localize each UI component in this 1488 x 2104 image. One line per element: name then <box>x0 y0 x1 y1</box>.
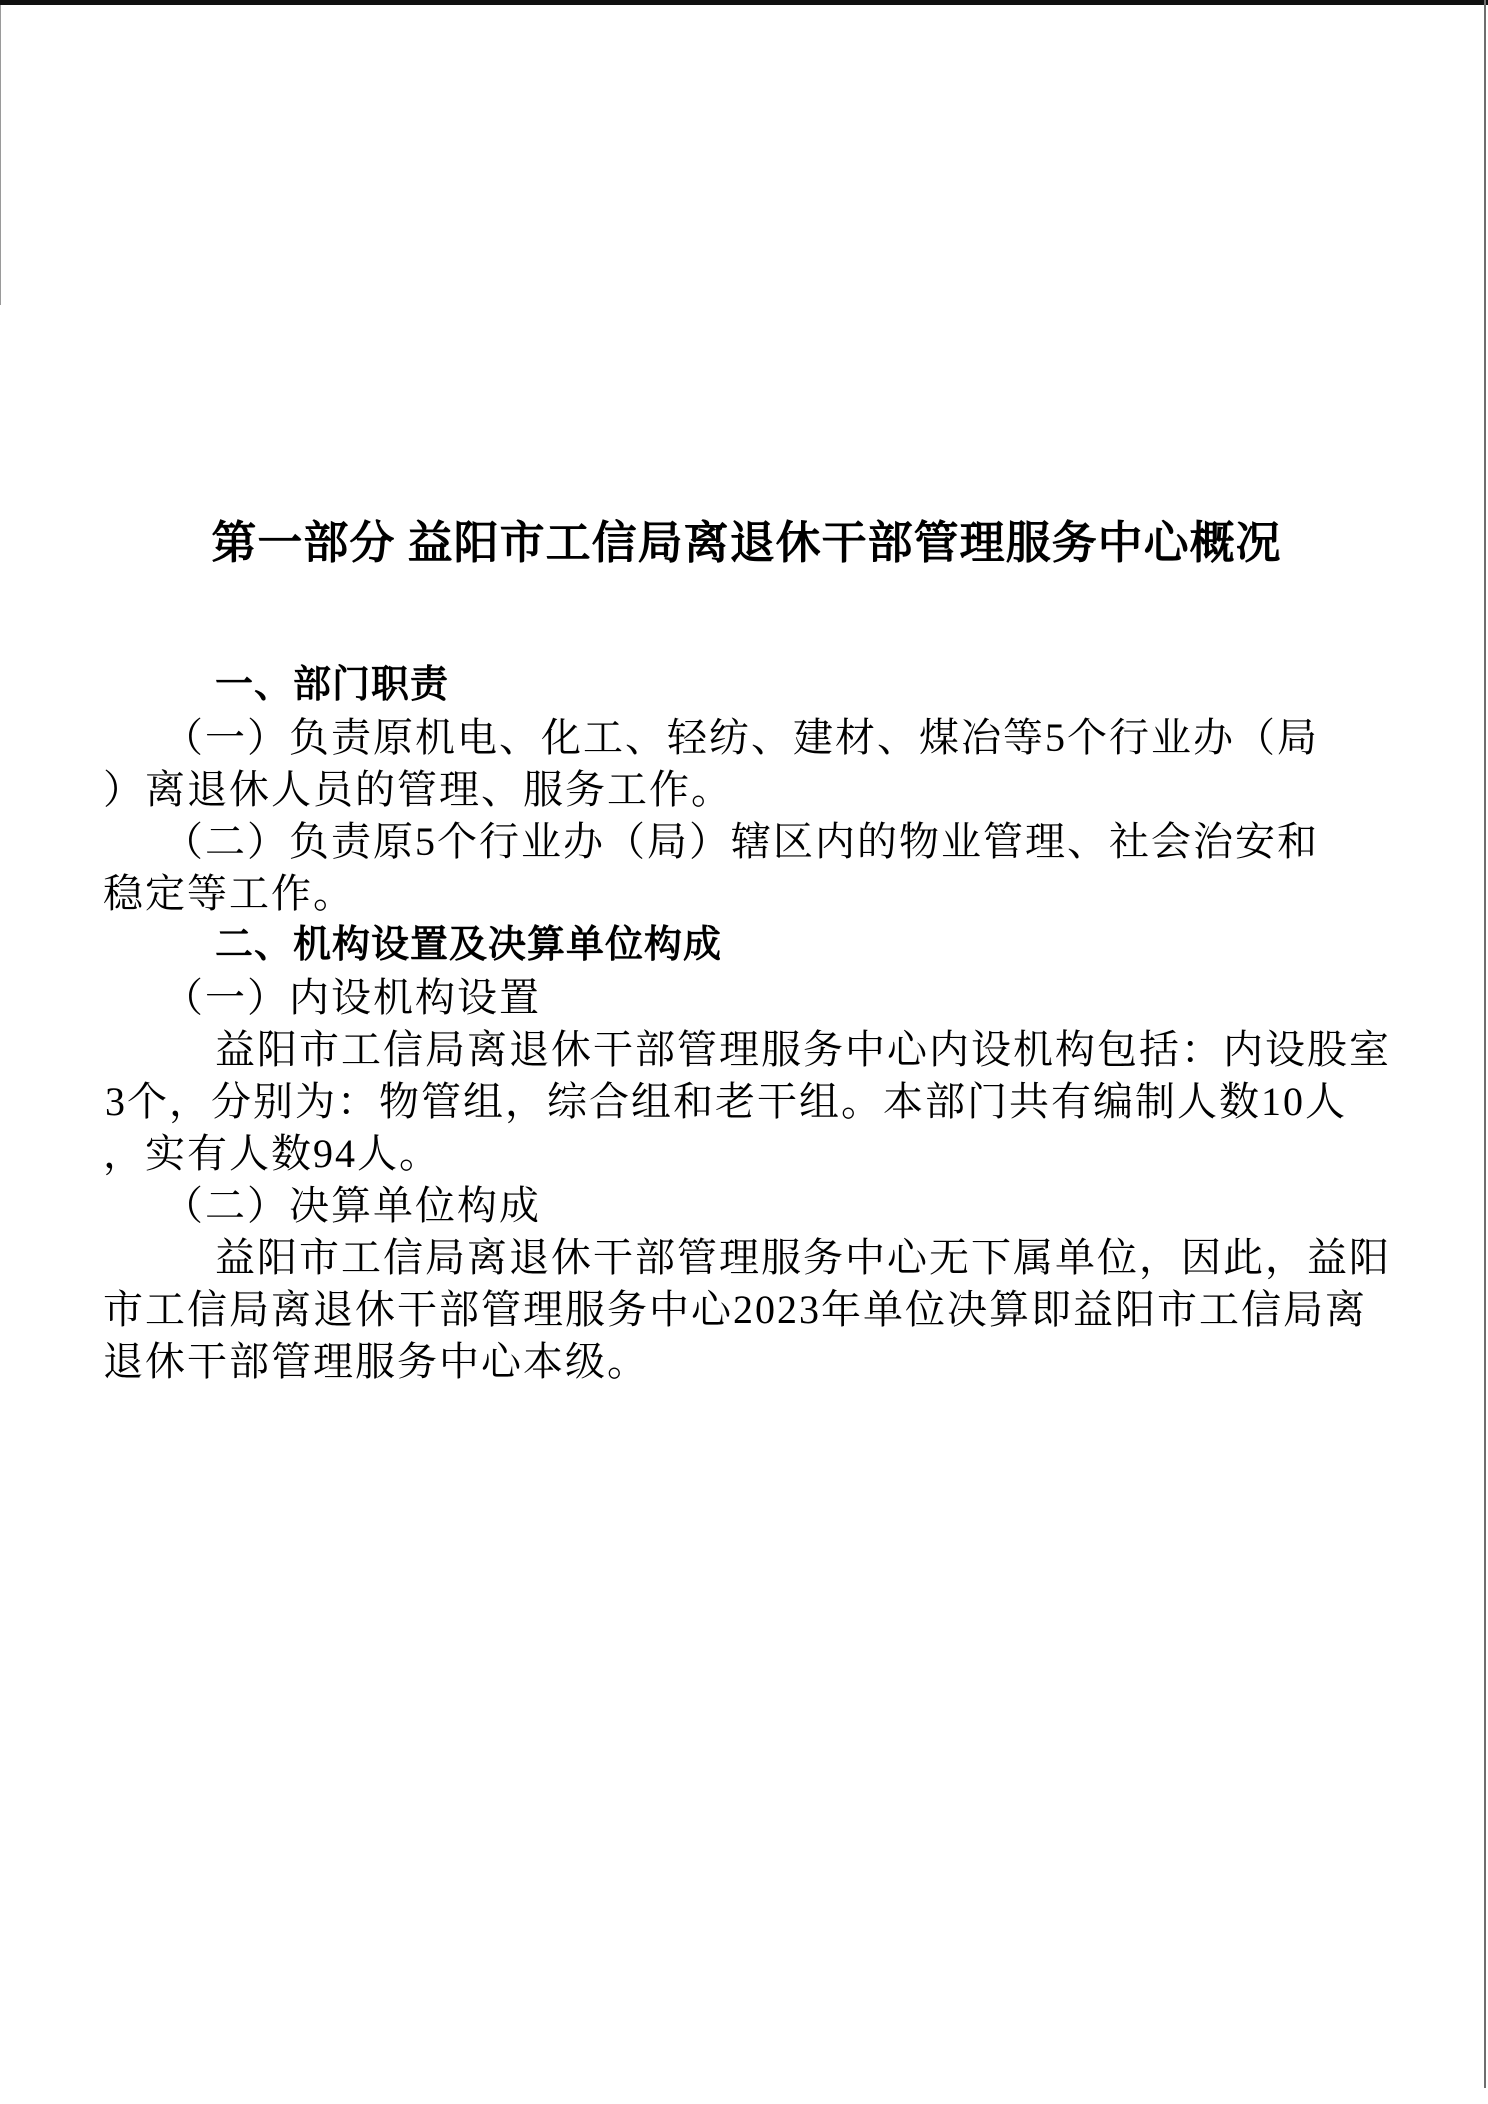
scan-edge-left <box>0 5 1 305</box>
body-line: （二）决算单位构成 <box>163 1186 541 1226</box>
body-line: （二）负责原5个行业办（局）辖区内的物业管理、社会治安和 <box>163 822 1319 862</box>
document-page: 第一部分 益阳市工信局离退休干部管理服务中心概况 一、部门职责 （一）负责原机电… <box>0 0 1488 2104</box>
body-line: 市工信局离退休干部管理服务中心2023年单位决算即益阳市工信局离 <box>103 1290 1367 1330</box>
scan-edge-right <box>1484 0 1486 2088</box>
section-heading-1: 一、部门职责 <box>215 666 449 704</box>
body-line: 益阳市工信局离退休干部管理服务中心无下属单位，因此，益阳 <box>215 1238 1391 1278</box>
body-line: 3个，分别为：物管组，综合组和老干组。本部门共有编制人数10人 <box>105 1082 1347 1122</box>
body-line: 益阳市工信局离退休干部管理服务中心内设机构包括：内设股室 <box>215 1030 1391 1070</box>
body-line: ，实有人数94人。 <box>103 1134 441 1174</box>
body-line: （一）负责原机电、化工、轻纺、建材、煤冶等5个行业办（局 <box>163 718 1319 758</box>
body-line: 退休干部管理服务中心本级。 <box>103 1342 649 1382</box>
scan-edge-top <box>0 0 1488 5</box>
section-heading-2: 二、机构设置及决算单位构成 <box>215 926 722 964</box>
body-line: 稳定等工作。 <box>103 874 355 914</box>
document-title: 第一部分 益阳市工信局离退休干部管理服务中心概况 <box>103 521 1390 566</box>
body-line: ）离退休人员的管理、服务工作。 <box>103 770 733 810</box>
body-line: （一）内设机构设置 <box>163 978 541 1018</box>
